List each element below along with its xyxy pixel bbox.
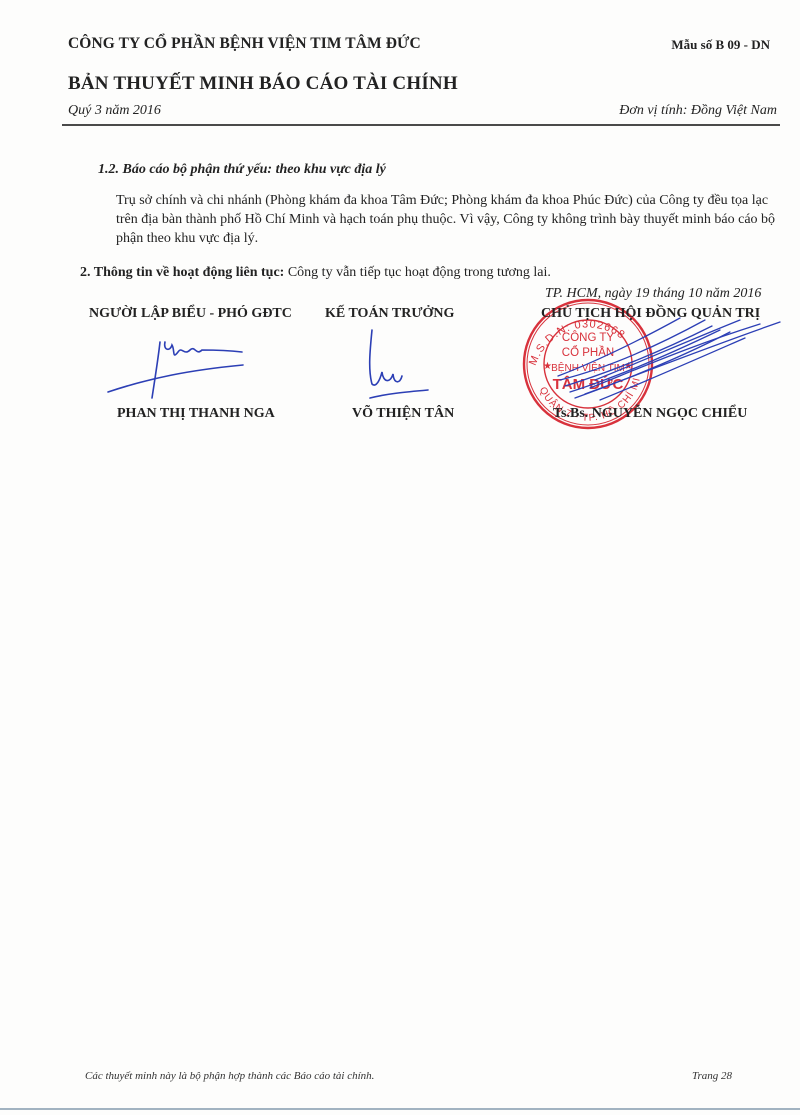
signer-2-name: VÕ THIỆN TÂN: [352, 406, 454, 422]
signature-1: [108, 342, 243, 398]
company-stamp: M.S.D.N: 0302668 QUẬN 7 - TP. HỒ CHÍ MIN…: [0, 0, 652, 428]
signer-3-title: CHỦ TỊCH HỘI ĐỒNG QUẢN TRỊ: [541, 306, 760, 322]
signer-1-name: PHAN THỊ THANH NGA: [117, 406, 275, 422]
signature-2: [370, 330, 428, 398]
signer-3-name: Ts.Bs. NGUYỄN NGỌC CHIỂU: [553, 406, 747, 422]
page-number: Trang 28: [692, 1070, 732, 1082]
footer-note: Các thuyết minh này là bộ phận hợp thành…: [85, 1070, 374, 1082]
stamp-line: CỔ PHẦN: [562, 346, 614, 359]
scan-edge: [0, 1108, 800, 1110]
signature-graphics: M.S.D.N: 0302668 QUẬN 7 - TP. HỒ CHÍ MIN…: [0, 0, 800, 460]
signer-1-title: NGƯỜI LẬP BIỂU - PHÓ GĐTC: [89, 306, 292, 322]
stamp-line: CÔNG TY: [562, 331, 615, 344]
signer-2-title: KẾ TOÁN TRƯỞNG: [325, 306, 454, 322]
